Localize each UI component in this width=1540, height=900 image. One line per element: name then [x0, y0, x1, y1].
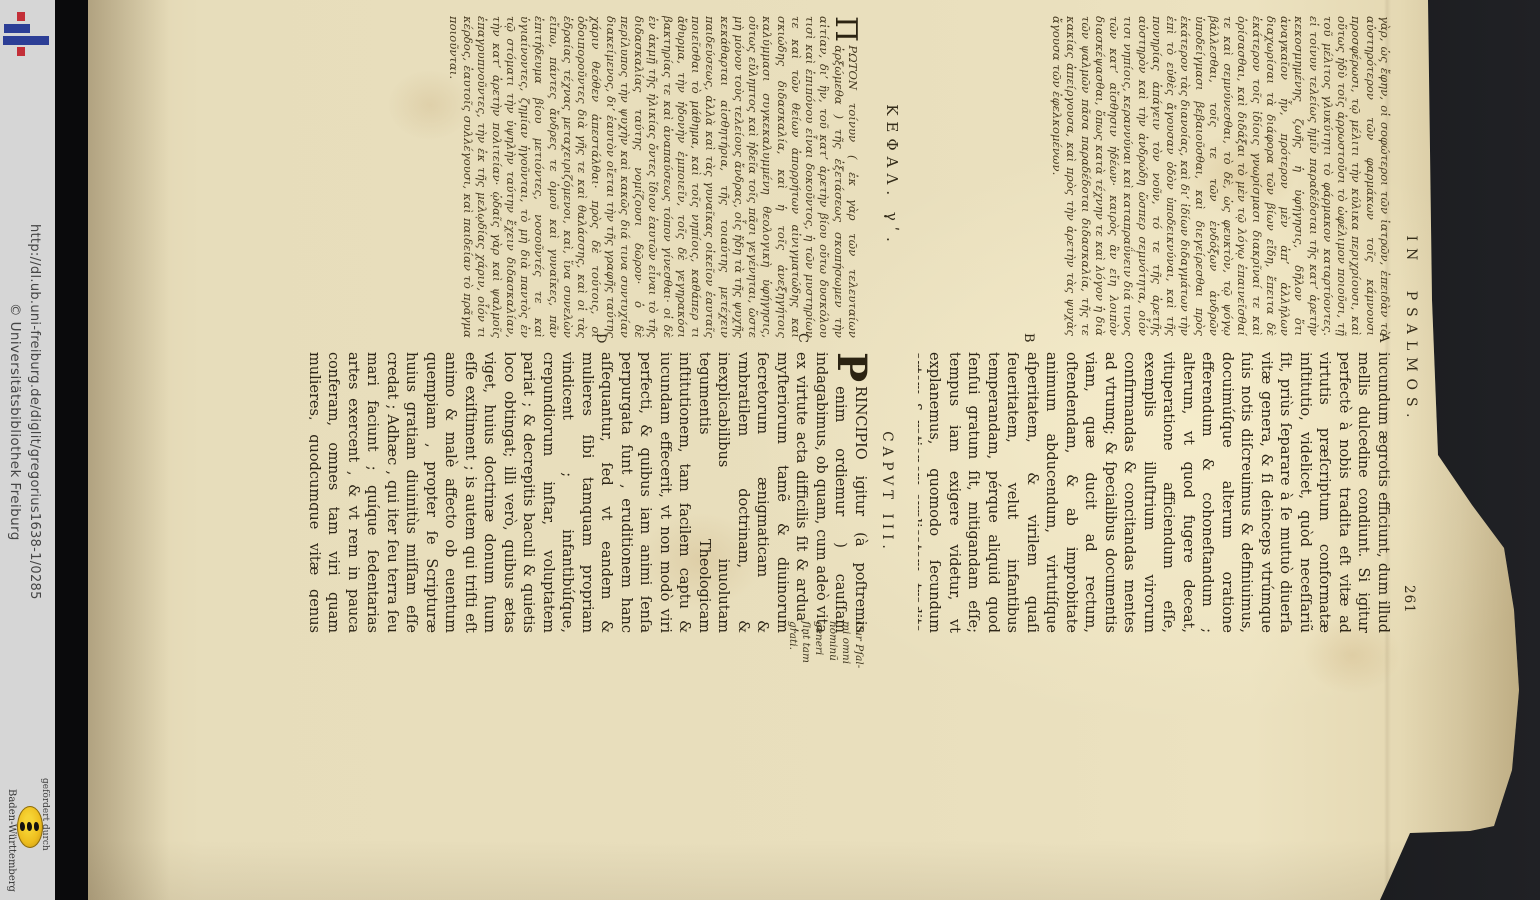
page-content-rotated: IN PSALMOS. 261 γὰρ, ὡς ἔφην, οἱ σοφώτερ…	[88, 0, 1522, 900]
latin-drop-cap: P	[834, 352, 869, 386]
lion-figure-icon	[34, 822, 39, 831]
library-metadata-strip: http://dl.ub.uni-freiburg.de/diglit/greg…	[0, 0, 55, 900]
book-page-scan: IN PSALMOS. 261 γὰρ, ὡς ἔφην, οἱ σοφώτερ…	[0, 0, 1540, 900]
region-label: Baden-Württemberg	[6, 789, 17, 892]
latin-chapter-heading: CAPVT III.	[879, 352, 895, 633]
marginal-note-line: generi	[812, 621, 825, 707]
marginal-note-line: Cur Pſal-	[852, 621, 865, 707]
section-letter-b: B	[1021, 333, 1036, 351]
calibration-blue-bar	[4, 24, 30, 33]
lion-figure-icon	[20, 822, 25, 831]
section-letter-a: A	[1376, 333, 1391, 351]
greek-chapter-heading: ΚΕΦΑΛ. γʹ.	[883, 16, 901, 336]
section-letter-d: D	[593, 333, 608, 351]
greek-chapter3-text: ΠΡΩΤΟΝ τοίνυν ( ἐκ γὰρ τῶν τελευταίων ἀρ…	[304, 16, 860, 338]
greek-chapter2-text: γὰρ, ὡς ἔφην, οἱ σοφώτεροι τῶν ἰατρῶν, ἐ…	[932, 16, 1392, 336]
latin-chapter3-body: RINCIPIO igitur (à poſtremis enim ordiem…	[309, 352, 868, 633]
copyright-label: © Universitätsbibliothek Freiburg	[7, 303, 23, 541]
latin-chapter2-text: iucundum ægrotis efficiunt, dum illud me…	[918, 352, 1392, 633]
source-url-label: http://dl.ub.uni-freiburg.de/diglit/greg…	[27, 224, 42, 600]
greek-chapter3-body: ΡΩΤΟΝ τοίνυν ( ἐκ γὰρ τῶν τελευταίων ἀρξ…	[447, 16, 860, 338]
marginal-note-line: ſint tam	[799, 621, 812, 707]
marginal-note-line: mi omni	[839, 621, 852, 707]
calibration-red-mark	[17, 12, 25, 21]
latin-chapter3-text: PRINCIPIO igitur (à poſtremis enim ordie…	[309, 352, 869, 633]
greek-drop-cap: Π	[832, 16, 860, 45]
marginal-note-line: hominũ	[825, 621, 838, 707]
baden-wuerttemberg-coat-of-arms-logo	[17, 806, 43, 848]
calibration-red-mark	[17, 47, 25, 56]
page-number: 261	[1401, 585, 1417, 614]
lion-figure-icon	[27, 822, 32, 831]
calibration-blue-bar	[3, 36, 49, 45]
marginal-note-line: grati.	[786, 621, 799, 707]
funding-label: gefördert durch	[40, 778, 50, 851]
section-letter-c: C	[795, 333, 810, 351]
running-head: IN PSALMOS.	[1403, 0, 1419, 660]
marginal-note: Cur Pſal- mi omni hominũ generi ſint tam…	[786, 621, 865, 707]
digitized-scan-viewport: IN PSALMOS. 261 γὰρ, ὡς ἔφην, οἱ σοφώτερ…	[0, 0, 1540, 900]
